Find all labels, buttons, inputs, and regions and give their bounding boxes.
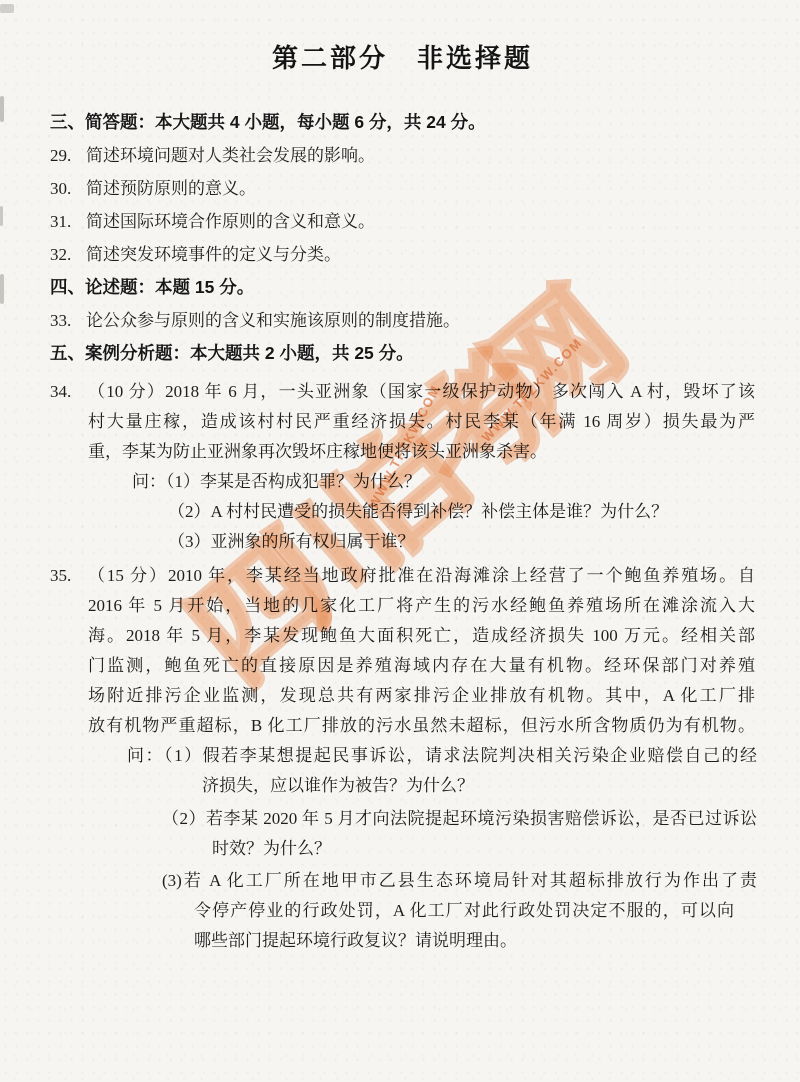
question-34-line: （10 分）2018 年 6 月，一头亚洲象（国家一级保护动物）多次闯入 A 村… bbox=[88, 377, 755, 407]
question-35-sub-3-cont: 哪些部门提起环境行政复议？请说明理由。 bbox=[194, 926, 755, 956]
question-number: 33. bbox=[50, 310, 86, 331]
question-35-line: （15 分）2010 年，李某经当地政府批准在沿海滩涂上经营了一个鲍鱼养殖场。自 bbox=[88, 561, 755, 591]
question-number: 32. bbox=[50, 244, 86, 265]
page-title: 第二部分 非选择题 bbox=[50, 42, 755, 74]
question-31: 31.简述国际环境合作原则的含义和意义。 bbox=[50, 211, 755, 232]
section-heading-short-answer: 三、简答题：本大题共 4 小题，每小题 6 分，共 24 分。 bbox=[50, 112, 755, 133]
question-33: 33.论公众参与原则的含义和实施该原则的制度措施。 bbox=[50, 310, 755, 331]
question-35-sub-2-cont: 时效？为什么？ bbox=[212, 834, 755, 864]
question-text: 简述突发环境事件的定义与分类。 bbox=[86, 245, 341, 264]
section-heading-essay: 四、论述题：本题 15 分。 bbox=[50, 277, 755, 298]
question-35-line: 海。2018 年 5 月，李某发现鲍鱼大面积死亡，造成经济损失 100 万元。经… bbox=[88, 621, 755, 651]
question-number: 29. bbox=[50, 145, 86, 166]
question-number: 34. bbox=[50, 377, 71, 407]
question-35: 35. （15 分）2010 年，李某经当地政府批准在沿海滩涂上经营了一个鲍鱼养… bbox=[50, 561, 755, 741]
question-34-line: 村大量庄稼，造成该村村民严重经济损失。村民李某（年满 16 周岁）损失最为严 bbox=[88, 407, 755, 437]
question-35-sub-3-cont: 令停产停业的行政处罚，A 化工厂对此行政处罚决定不服的，可以向 bbox=[194, 896, 734, 926]
question-35-sub-1-cont: 济损失，应以谁作为被告？为什么？ bbox=[202, 771, 755, 801]
question-number: 35. bbox=[50, 561, 71, 591]
question-35-line: 放有机物严重超标，B 化工厂排放的污水虽然未超标，但污水所含物质仍为有机物。 bbox=[88, 711, 755, 741]
question-35-sub-2: （2）若李某 2020 年 5 月才向法院提起环境污染损害赔偿诉讼，是否已过诉讼 bbox=[162, 804, 757, 834]
question-29: 29.简述环境问题对人类社会发展的影响。 bbox=[50, 145, 755, 166]
question-35-line: 场附近排污企业监测，发现总共有两家排污企业排放有机物。其中，A 化工厂排 bbox=[88, 681, 755, 711]
question-35-line: 门监测，鲍鱼死亡的直接原因是养殖海域内存在大量有机物。经环保部门对养殖 bbox=[88, 651, 755, 681]
question-35-body: （15 分）2010 年，李某经当地政府批准在沿海滩涂上经营了一个鲍鱼养殖场。自… bbox=[88, 561, 755, 741]
scan-artifact bbox=[0, 4, 14, 13]
question-32: 32.简述突发环境事件的定义与分类。 bbox=[50, 244, 755, 265]
question-35-sub-1: 问：（1）假若李某想提起民事诉讼，请求法院判决相关污染企业赔偿自己的经 bbox=[127, 741, 757, 771]
section-heading-case-analysis: 五、案例分析题：本大题共 2 小题，共 25 分。 bbox=[50, 343, 755, 364]
exam-content: 第二部分 非选择题 三、简答题：本大题共 4 小题，每小题 6 分，共 24 分… bbox=[50, 0, 755, 956]
question-34-line: 重，李某为防止亚洲象再次毁坏庄稼地便将该头亚洲象杀害。 bbox=[88, 437, 755, 467]
question-text: 简述国际环境合作原则的含义和意义。 bbox=[86, 212, 375, 231]
question-34-body: （10 分）2018 年 6 月，一头亚洲象（国家一级保护动物）多次闯入 A 村… bbox=[88, 377, 755, 467]
question-34-sub-1: 问：（1）李某是否构成犯罪？为什么？ bbox=[132, 467, 755, 497]
scan-artifact bbox=[0, 274, 4, 304]
question-35-sub-3: (3)若 A 化工厂所在地甲市乙县生态环境局针对其超标排放行为作出了责 bbox=[162, 866, 757, 896]
scan-artifact bbox=[0, 206, 3, 226]
question-34: 34. （10 分）2018 年 6 月，一头亚洲象（国家一级保护动物）多次闯入… bbox=[50, 377, 755, 467]
exam-scan-page: 第二部分 非选择题 三、简答题：本大题共 4 小题，每小题 6 分，共 24 分… bbox=[0, 0, 800, 1082]
question-number: 31. bbox=[50, 211, 86, 232]
question-34-sub-2: （2）A 村村民遭受的损失能否得到补偿？补偿主体是谁？为什么？ bbox=[168, 497, 755, 527]
question-30: 30.简述预防原则的意义。 bbox=[50, 178, 755, 199]
scan-artifact bbox=[0, 96, 4, 122]
question-text: 简述预防原则的意义。 bbox=[86, 179, 256, 198]
question-text: 论公众参与原则的含义和实施该原则的制度措施。 bbox=[86, 311, 460, 330]
question-text: 简述环境问题对人类社会发展的影响。 bbox=[86, 146, 375, 165]
question-number: 30. bbox=[50, 178, 86, 199]
question-34-sub-3: （3）亚洲象的所有权归属于谁？ bbox=[168, 527, 755, 557]
question-35-line: 2016 年 5 月开始，当地的几家化工厂将产生的污水经鲍鱼养殖场所在滩涂流入大 bbox=[88, 591, 755, 621]
